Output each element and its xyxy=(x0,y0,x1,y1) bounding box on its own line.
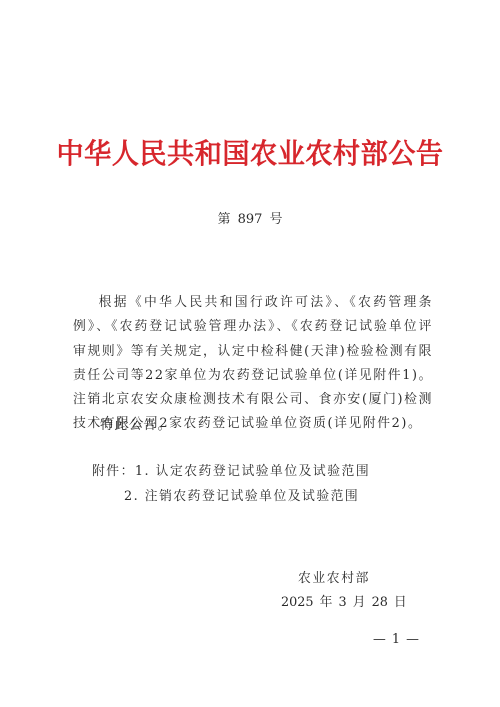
issuing-authority: 农业农村部 xyxy=(298,567,370,591)
document-number: 第 897 号 xyxy=(0,210,500,230)
attachment-item-2: 2. 注销农药登记试验单位及试验范围 xyxy=(92,485,370,510)
page-number: — 1 — xyxy=(373,630,420,650)
closing-line: 特此公告。 xyxy=(100,414,172,438)
attachments-list: 附件：1. 认定农药登记试验单位及试验范围 2. 注销农药登记试验单位及试验范围 xyxy=(92,460,370,509)
issue-date: 2025 年 3 月 28 日 xyxy=(281,591,407,615)
document-title: 中华人民共和国农业农村部公告 xyxy=(8,134,493,174)
attachment-item-1: 附件：1. 认定农药登记试验单位及试验范围 xyxy=(92,460,370,485)
